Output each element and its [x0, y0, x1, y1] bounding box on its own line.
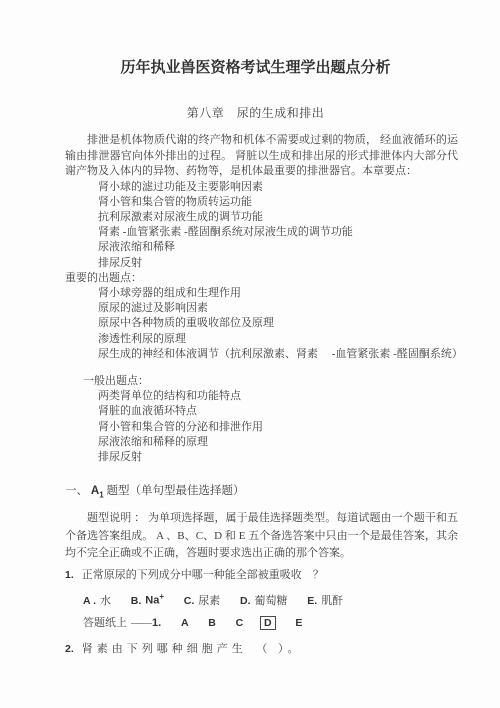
- list-item: 原尿中各种物质的重吸收部位及原理: [98, 316, 458, 331]
- question-type-description: 题型说明 ： 为单项选择题，属于最佳选择题类型。每道试题由一个题干和五个备选答案…: [65, 510, 458, 563]
- list-item: 两类肾单位的结构和功能特点: [98, 389, 458, 404]
- answer-dash: ——: [131, 617, 151, 629]
- question-number: 2.: [65, 643, 74, 655]
- answer-choice-a: A: [181, 615, 189, 631]
- question-2: 2.肾素由下列哪种细胞产生 （ ）。: [65, 642, 458, 656]
- section-a1-heading: 一、 A1 题型（单句型最佳选择题）: [65, 483, 458, 503]
- document-title: 历年执业兽医资格考试生理学出题点分析: [53, 58, 458, 78]
- list-item: 尿液浓缩和稀释的原理: [98, 435, 458, 450]
- section-number: 一、: [65, 485, 88, 497]
- answer-sheet-line: 答题纸上——1. A B C D E: [83, 615, 458, 631]
- list-item: 渗透性利尿的原理: [98, 332, 458, 347]
- list-item: 尿液浓缩和稀释: [98, 240, 458, 255]
- important-points-list: 肾小球旁器的组成和生理作用 原尿的滤过及影响因素 原尿中各种物质的重吸收部位及原…: [98, 286, 458, 362]
- list-item: 肾素 -血管紧张素 -醛固酮系统对尿液生成的调节功能: [98, 225, 458, 240]
- important-points-label: 重要的出题点：: [65, 271, 458, 286]
- list-item: 肾脏的血液循环特点: [98, 404, 458, 419]
- a1-type-letter: A: [91, 485, 99, 497]
- list-item: 排尿反射: [98, 256, 458, 271]
- question-text: 正常原尿的下列成分中哪一种能全部被重吸收 ？: [82, 569, 324, 581]
- intro-paragraph: 排泄是机体物质代谢的终产物和机体不需要或过剩的物质， 经血液循环的运输由排泄器官…: [65, 133, 458, 180]
- list-item: 尿生成的神经和体液调节（抗利尿激素、肾素 -血管紧张素 -醛固酮系统）: [98, 347, 458, 362]
- list-item: 原尿的滤过及影响因素: [98, 301, 458, 316]
- document-page: 历年执业兽医资格考试生理学出题点分析 第八章 尿的生成和排出 排泄是机体物质代谢…: [0, 0, 500, 708]
- answer-choice-c: C: [236, 615, 244, 631]
- answer-number: 1.: [152, 617, 161, 629]
- option-c: C.尿素: [184, 594, 221, 608]
- option-text: 尿素: [198, 595, 220, 607]
- option-text: Na: [145, 595, 159, 607]
- general-points-label: 一般出题点：: [83, 374, 458, 389]
- option-superscript: +: [159, 592, 164, 601]
- option-text: 肌酐: [321, 595, 343, 607]
- option-e: E.肌酐: [307, 594, 343, 608]
- answer-choice-e: E: [295, 615, 302, 631]
- general-points-list: 两类肾单位的结构和功能特点 肾脏的血液循环特点 肾小管和集合管的分泌和排泄作用 …: [98, 389, 458, 465]
- list-item: 肾小管和集合管的物质转运功能: [98, 195, 458, 210]
- chapter-points-list: 肾小球的滤过功能及主要影响因素 肾小管和集合管的物质转运功能 抗利尿激素对尿液生…: [98, 180, 458, 271]
- option-d: D.葡萄糖: [240, 594, 288, 608]
- option-a: A .水: [83, 594, 111, 608]
- chapter-heading: 第八章 尿的生成和排出: [53, 106, 458, 121]
- options-row: A .水 B.Na+ C.尿素 D.葡萄糖 E.肌酐: [83, 590, 458, 608]
- question-number: 1.: [65, 569, 74, 581]
- answer-choice-b: B: [208, 615, 216, 631]
- section-type-title: 题型（单句型最佳选择题）: [107, 485, 245, 497]
- answer-prefix: 答题纸上: [83, 617, 127, 629]
- list-item: 抗利尿激素对尿液生成的调节功能: [98, 210, 458, 225]
- a1-type-subscript: 1: [99, 490, 103, 499]
- list-item: 肾小球旁器的组成和生理作用: [98, 286, 458, 301]
- option-text: 水: [100, 595, 111, 607]
- list-item: 排尿反射: [98, 450, 458, 465]
- option-b: B.Na+: [131, 590, 164, 608]
- answer-choice-d-boxed: D: [260, 616, 276, 630]
- question-text: 肾素由下列哪种细胞产生 （ ）。: [82, 643, 303, 655]
- question-1: 1.正常原尿的下列成分中哪一种能全部被重吸收 ？: [65, 568, 458, 582]
- list-item: 肾小球的滤过功能及主要影响因素: [98, 180, 458, 195]
- option-text: 葡萄糖: [255, 595, 288, 607]
- list-item: 肾小管和集合管的分泌和排泄作用: [98, 420, 458, 435]
